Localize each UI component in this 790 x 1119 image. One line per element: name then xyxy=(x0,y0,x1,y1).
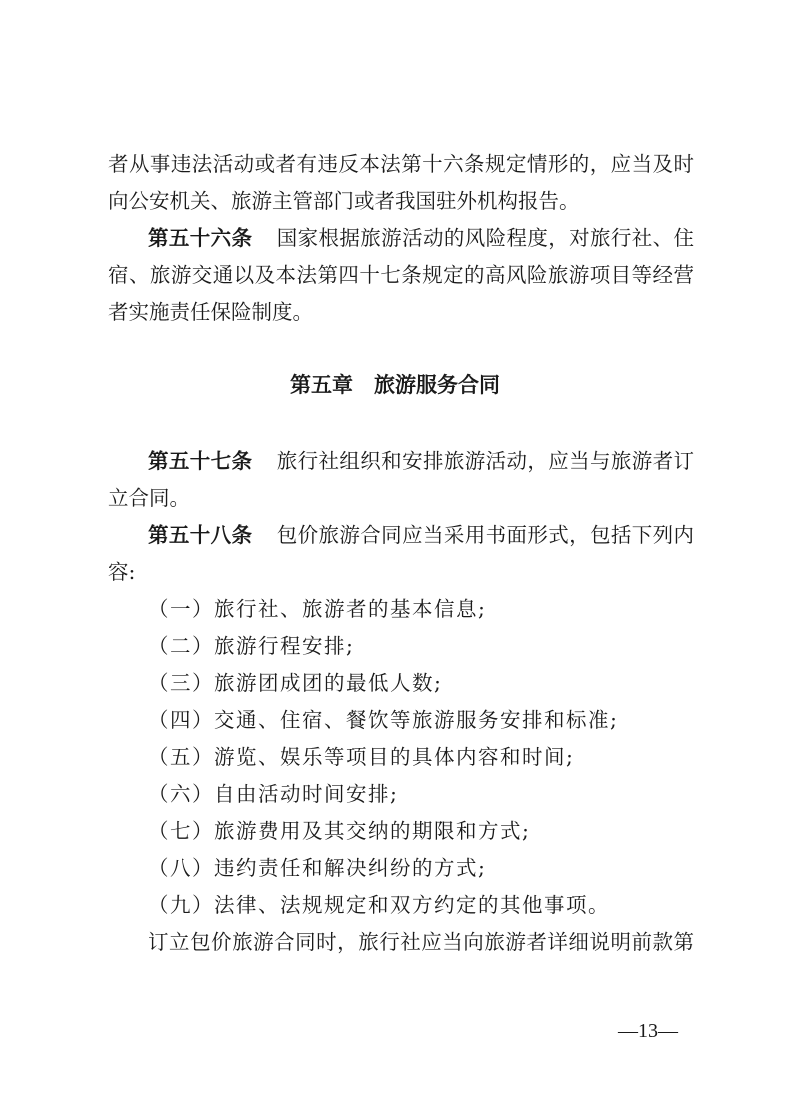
list-item: （九）法律、法规规定和双方约定的其他事项。 xyxy=(148,891,610,919)
list-item: （八）违约责任和解决纠纷的方式; xyxy=(148,854,486,882)
list-item: （四）交通、住宿、餐饮等旅游服务安排和标准; xyxy=(148,706,618,734)
list-item: （五）游览、娱乐等项目的具体内容和时间; xyxy=(148,743,574,771)
list-item: （七）旅游费用及其交纳的期限和方式; xyxy=(148,817,530,845)
article-57-line1: 第五十七条旅行社组织和安排旅游活动，应当与旅游者订 xyxy=(148,447,694,475)
article-58-line2: 容: xyxy=(108,558,694,586)
list-item: （三）旅游团成团的最低人数; xyxy=(148,669,442,697)
list-item: （二）旅游行程安排; xyxy=(148,632,354,660)
article-57-text: 旅行社组织和安排旅游活动，应当与旅游者订 xyxy=(276,449,694,473)
list-item: （一）旅行社、旅游者的基本信息; xyxy=(148,595,486,623)
list-item: （六）自由活动时间安排; xyxy=(148,780,398,808)
article-58-label: 第五十八条 xyxy=(148,523,252,547)
document-page: 者从事违法活动或者有违反本法第十六条规定情形的，应当及时 向公安机关、旅游主管部… xyxy=(0,0,790,1119)
article-56-line2: 宿、旅游交通以及本法第四十七条规定的高风险旅游项目等经营 xyxy=(108,261,694,289)
chapter-title: 第五章 旅游服务合同 xyxy=(0,370,790,400)
article-58-line1: 第五十八条包价旅游合同应当采用书面形式，包括下列内 xyxy=(148,521,694,549)
closing-paragraph-line: 订立包价旅游合同时，旅行社应当向旅游者详细说明前款第 xyxy=(148,928,694,956)
article-56-line3: 者实施责任保险制度。 xyxy=(108,298,694,326)
paragraph-line: 者从事违法活动或者有违反本法第十六条规定情形的，应当及时 xyxy=(108,150,694,178)
article-56-line1: 第五十六条国家根据旅游活动的风险程度，对旅行社、住 xyxy=(148,224,694,252)
article-57-label: 第五十七条 xyxy=(148,449,252,473)
page-number: —13— xyxy=(618,1020,678,1043)
article-57-line2: 立合同。 xyxy=(108,484,694,512)
paragraph-line: 向公安机关、旅游主管部门或者我国驻外机构报告。 xyxy=(108,187,694,215)
article-58-text: 包价旅游合同应当采用书面形式，包括下列内 xyxy=(276,523,694,547)
article-56-text: 国家根据旅游活动的风险程度，对旅行社、住 xyxy=(276,226,694,250)
article-56-label: 第五十六条 xyxy=(148,226,252,250)
